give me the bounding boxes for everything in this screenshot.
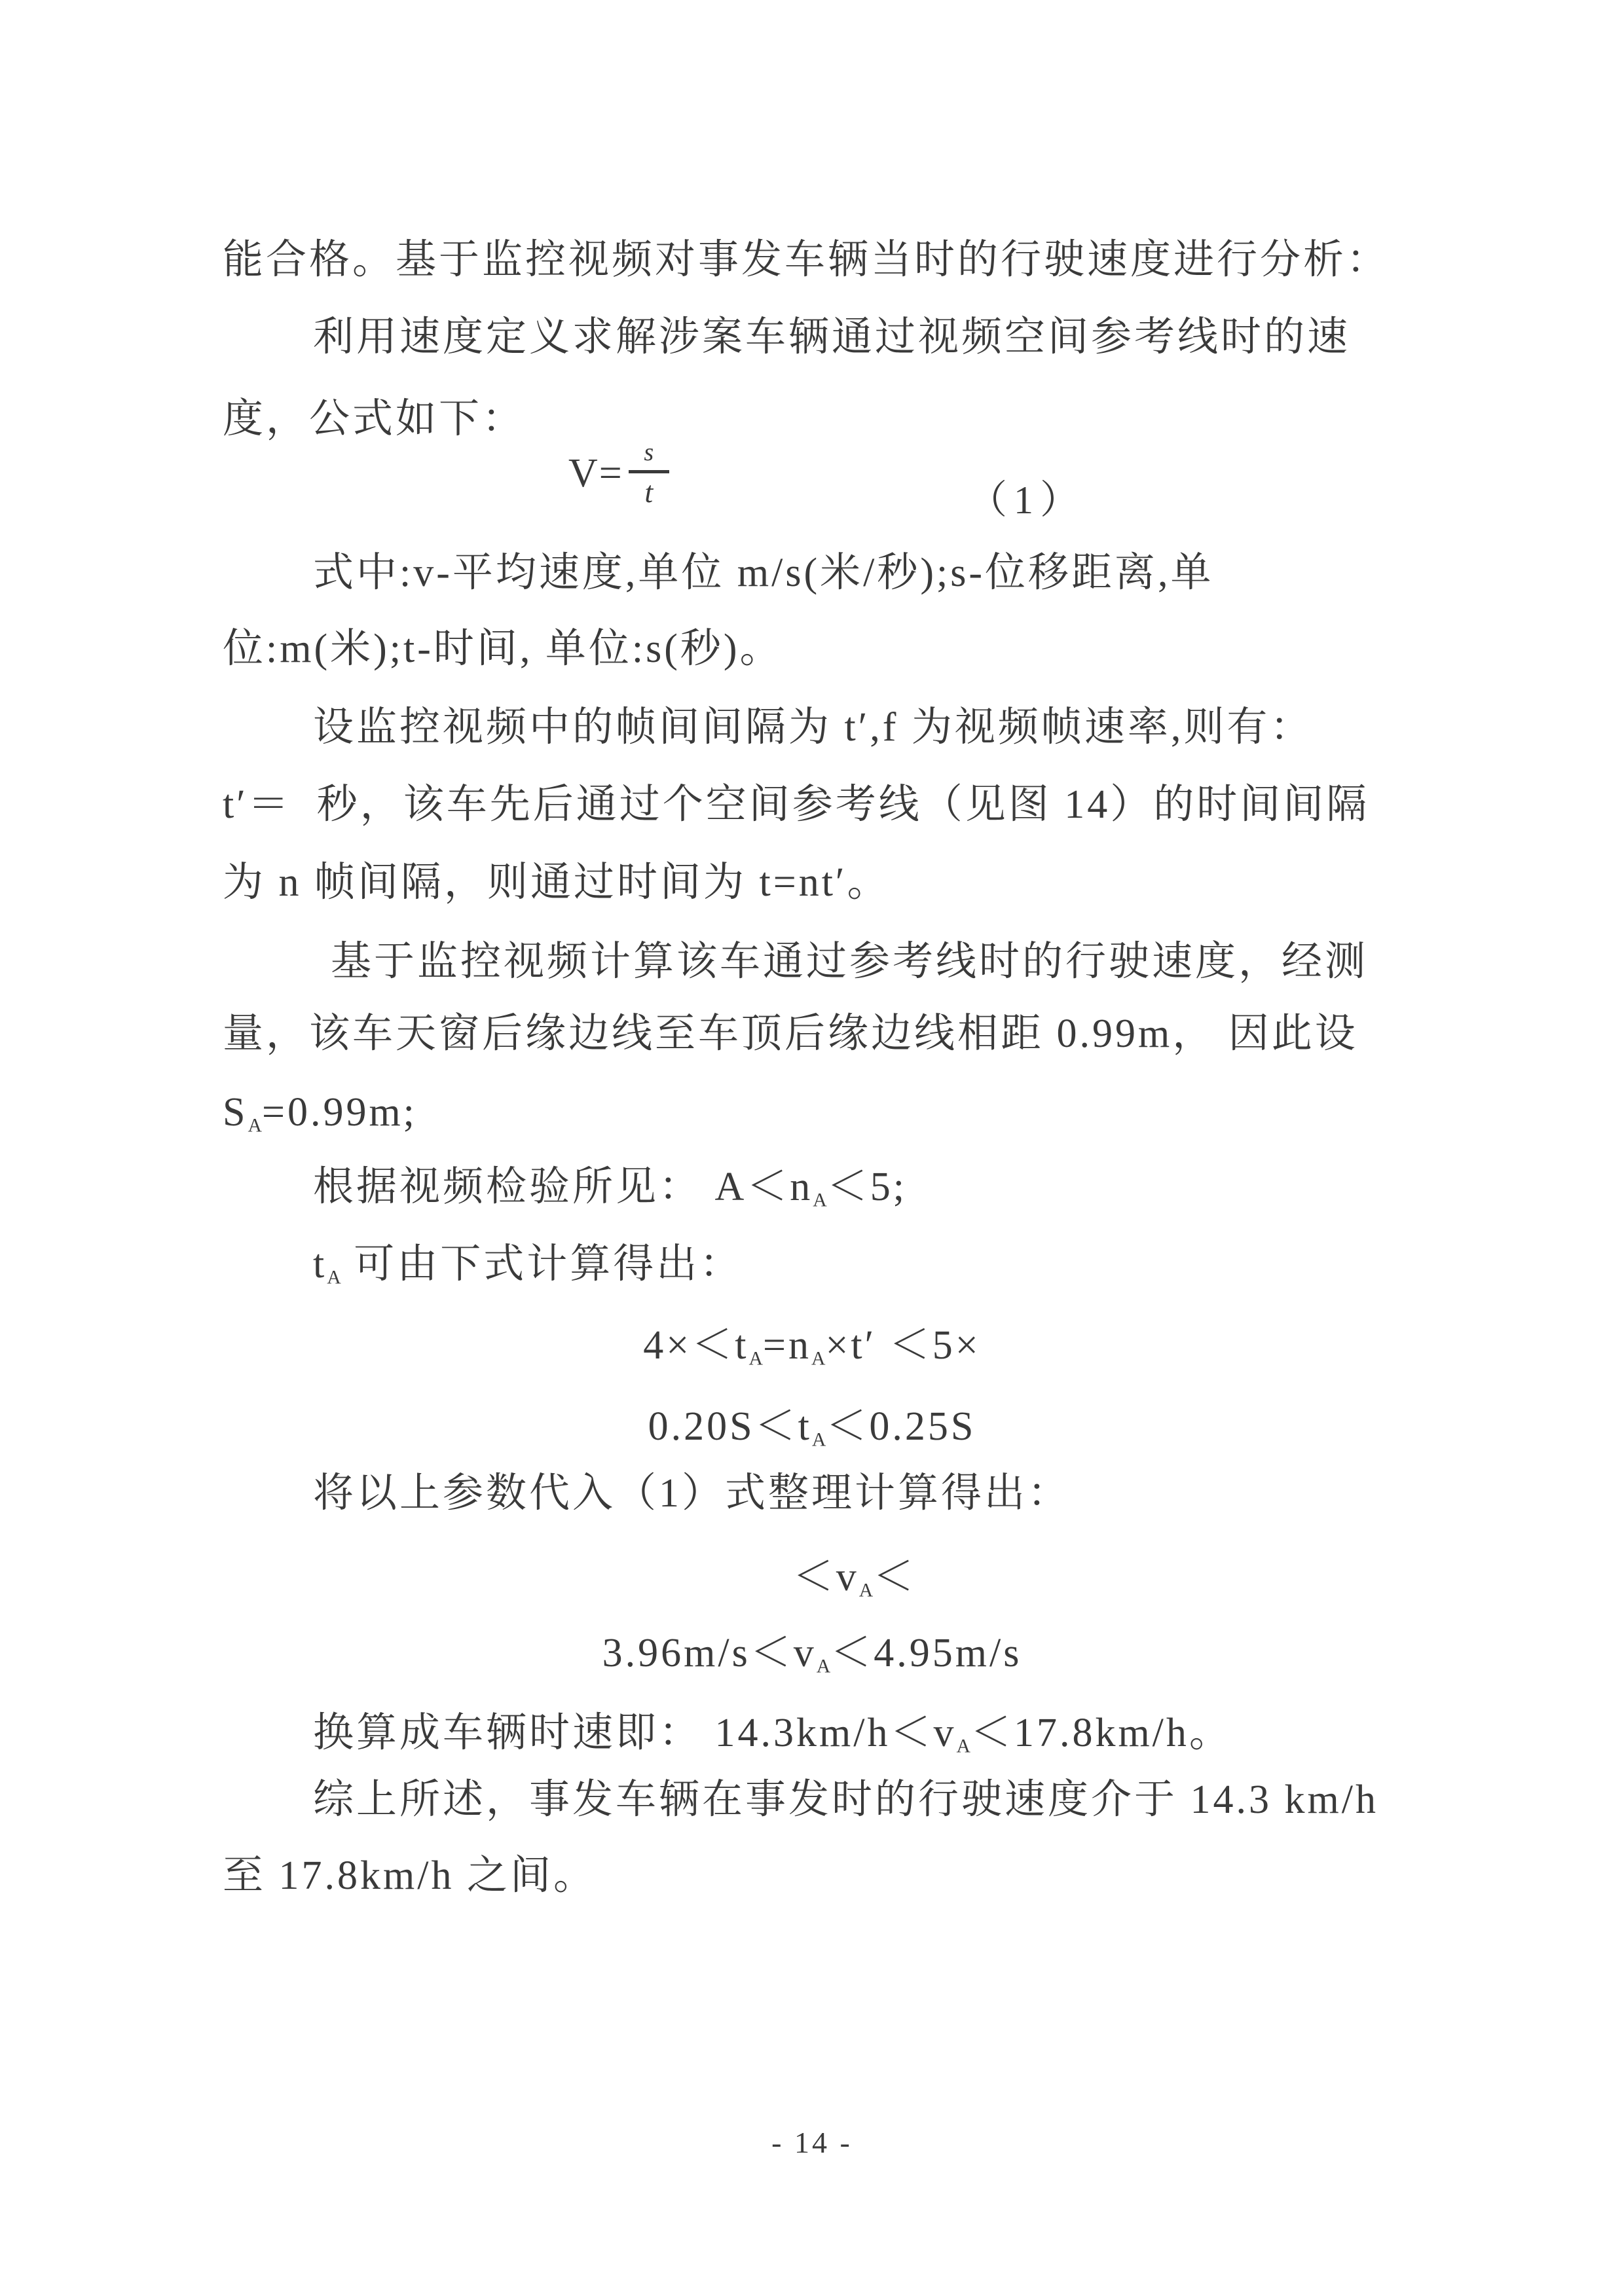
fraction-denominator: t	[644, 473, 653, 507]
text-line-4: 式中:v-平均速度,单位 m/s(米/秒);s-位移距离,单	[313, 550, 1213, 596]
formula-number: （1）	[968, 469, 1086, 525]
text-line-5: 位:m(米);t-时间, 单位:s(秒)。	[223, 626, 783, 672]
text-line-21: 至 17.8km/h 之间。	[223, 1853, 597, 1899]
text-line-7: t′＝ 秒，该车先后通过个空间参考线（见图 14）的时间间隔	[223, 782, 1369, 828]
formula-line-ta-seconds: 0.20S＜tA＜0.25S	[0, 1404, 1624, 1451]
formula-line-va-range: 3.96m/s＜vA＜4.95m/s	[0, 1630, 1624, 1678]
text-line-3: 度，公式如下：	[223, 396, 525, 443]
speed-formula: V= s t	[568, 440, 669, 507]
text-line-10: 量，该车天窗后缘边线至车顶后缘边线相距 0.99m， 因此设	[223, 1011, 1358, 1057]
page-number: - 14 -	[0, 2125, 1624, 2160]
formula-lhs: V=	[568, 450, 623, 497]
document-page: 能合格。基于监控视频对事发车辆当时的行驶速度进行分析： 利用速度定义求解涉案车辆…	[0, 0, 1624, 2296]
text-line-9: 基于监控视频计算该车通过参考线时的行驶速度，经测	[331, 939, 1368, 985]
formula-line-va-empty: ＜vA＜	[0, 1554, 1624, 1602]
text-line-13: tA 可由下式计算得出：	[313, 1241, 743, 1289]
text-line-20: 综上所述，事发车辆在事发时的行驶速度介于 14.3 km/h	[313, 1777, 1378, 1823]
text-line-8: 为 n 帧间隔，则通过时间为 t=nt′。	[223, 860, 890, 906]
text-line-1: 能合格。基于监控视频对事发车辆当时的行驶速度进行分析：	[223, 237, 1390, 283]
formula-line-ta-range: 4×＜tA=nA×t′ ＜5×	[0, 1322, 1624, 1370]
text-line-2: 利用速度定义求解涉案车辆通过视频空间参考线时的速	[313, 314, 1350, 361]
fraction-numerator: s	[644, 440, 654, 470]
text-line-12: 根据视频检验所见： A＜nA＜5;	[313, 1164, 907, 1212]
fraction: s t	[629, 440, 669, 507]
text-line-11: SA=0.99m;	[223, 1089, 417, 1137]
text-line-16: 将以上参数代入（1）式整理计算得出：	[313, 1470, 1071, 1517]
text-line-6: 设监控视频中的帧间间隔为 t′,f 为视频帧速率,则有：	[313, 704, 1313, 751]
text-line-19: 换算成车辆时速即： 14.3km/h＜vA＜17.8km/h。	[313, 1710, 1232, 1758]
